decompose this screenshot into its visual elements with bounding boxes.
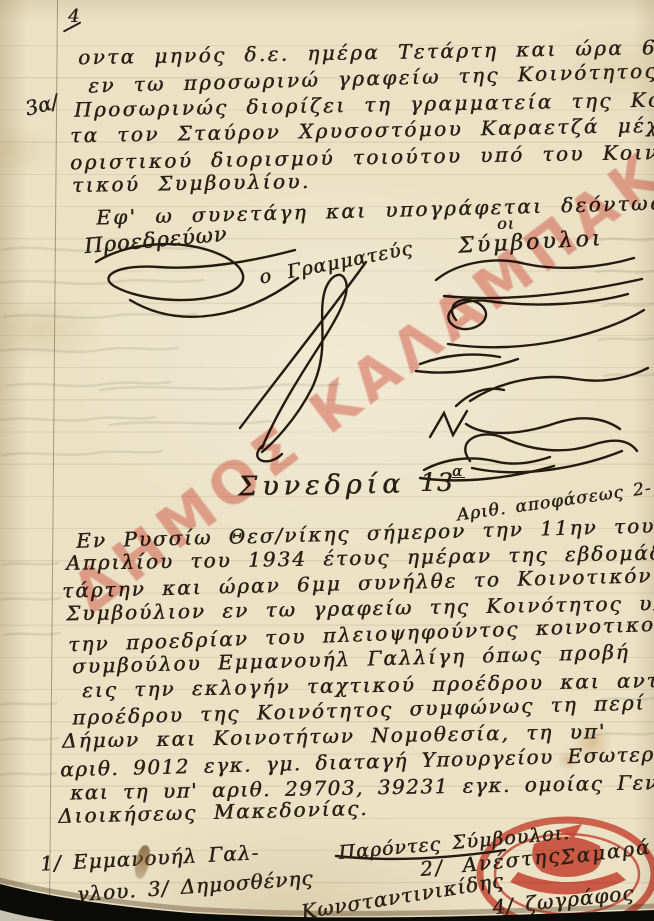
scan-bottom-edge <box>0 0 654 921</box>
scanned-minutes-page: 4 3α/ οντα μηνός δ.ε. ημέρα Τετάρτη και … <box>0 0 654 921</box>
